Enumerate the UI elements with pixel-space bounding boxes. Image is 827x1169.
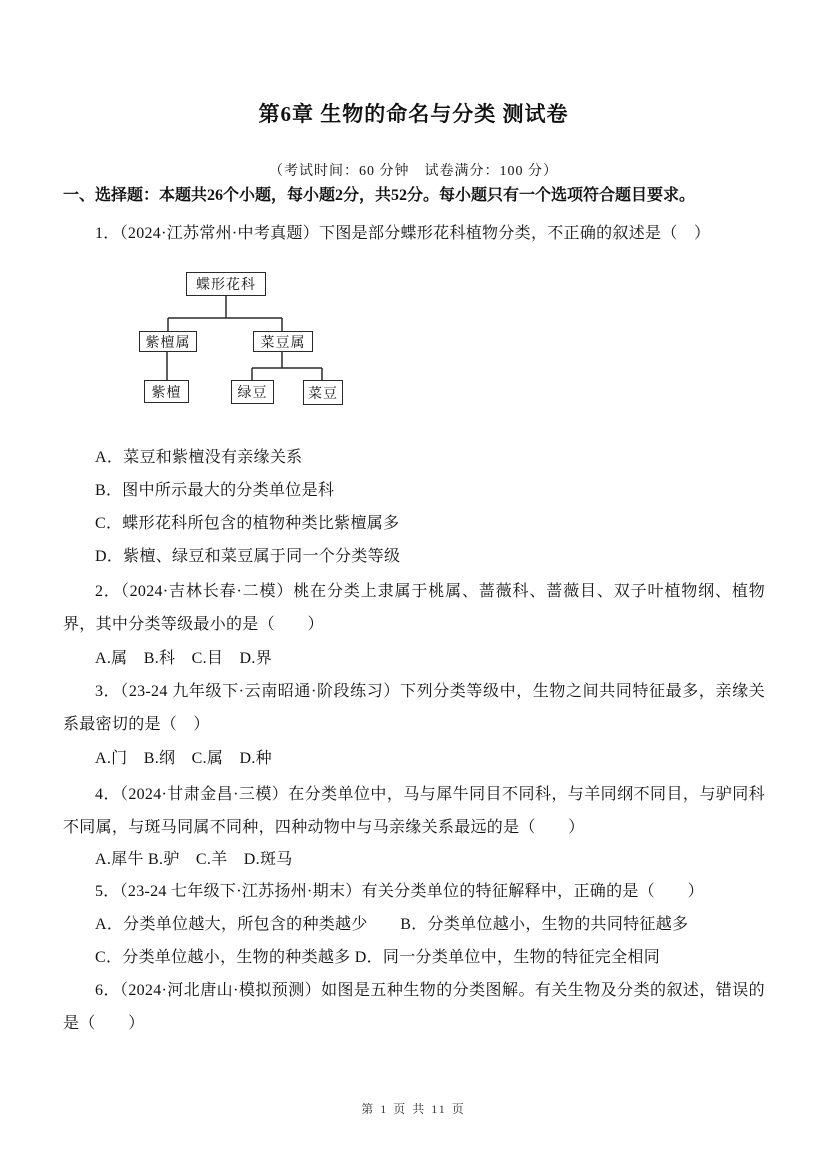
question-1-option-a: A．菜豆和紫檀没有亲缘关系 xyxy=(63,441,765,474)
question-6-stem: 6．（2024·河北唐山·模拟预测）如图是五种生物的分类图解。有关生物及分类的叙… xyxy=(63,974,765,1040)
question-1-option-c: C．蝶形花科所包含的植物种类比紫檀属多 xyxy=(63,507,765,540)
question-1-option-b: B．图中所示最大的分类单位是科 xyxy=(63,474,765,507)
diagram-node-genus-zitan: 紫檀属 xyxy=(139,331,197,352)
question-5-options-cd: C．分类单位越小，生物的种类越多 D．同一分类单位中，生物的特征完全相同 xyxy=(63,941,765,974)
question-3-stem: 3．（23-24 九年级下·云南昭通·阶段练习）下列分类等级中，生物之间共同特征… xyxy=(63,675,765,741)
question-5-stem: 5．（23-24 七年级下·江苏扬州·期末）有关分类单位的特征解释中，正确的是（… xyxy=(63,875,765,908)
diagram-node-species-lvdou: 绿豆 xyxy=(231,380,274,404)
question-5-options-ab: A．分类单位越大，所包含的种类越少 B．分类单位越小，生物的共同特征越多 xyxy=(63,908,765,941)
question-1-option-d: D．紫檀、绿豆和菜豆属于同一个分类等级 xyxy=(63,540,765,573)
diagram-node-genus-caidou: 菜豆属 xyxy=(253,331,313,352)
page-title: 第6章 生物的命名与分类 测试卷 xyxy=(0,98,827,128)
question-2-options: A.属 B.科 C.目 D.界 xyxy=(63,642,765,675)
diagram-node-species-caidou: 菜豆 xyxy=(303,380,343,405)
question-4-stem: 4．（2024·甘肃金昌·三模）在分类单位中，马与犀牛同目不同科，与羊同纲不同目… xyxy=(63,778,765,844)
question-2-stem: 2．（2024·吉林长春·二模）桃在分类上隶属于桃属、蔷薇科、蔷薇目、双子叶植物… xyxy=(63,575,765,641)
document-page: 第6章 生物的命名与分类 测试卷 （考试时间：60 分钟 试卷满分：100 分）… xyxy=(0,0,827,1169)
diagram-node-family: 蝶形花科 xyxy=(186,272,266,296)
page-number: 第 1 页 共 11 页 xyxy=(0,1100,827,1117)
question-4-options: A.犀牛 B.驴 C.羊 D.斑马 xyxy=(63,843,765,876)
exam-info: （考试时间：60 分钟 试卷满分：100 分） xyxy=(0,160,827,180)
classification-diagram: 蝶形花科 紫檀属 菜豆属 紫檀 绿豆 菜豆 xyxy=(139,272,349,412)
diagram-node-species-zitan: 紫檀 xyxy=(144,380,189,403)
question-3-options: A.门 B.纲 C.属 D.种 xyxy=(63,742,765,775)
question-1-stem: 1．（2024·江苏常州·中考真题）下图是部分蝶形花科植物分类，不正确的叙述是（… xyxy=(63,217,765,250)
section-header: 一、选择题：本题共26个小题，每小题2分，共52分。每小题只有一个选项符合题目要… xyxy=(63,184,765,208)
